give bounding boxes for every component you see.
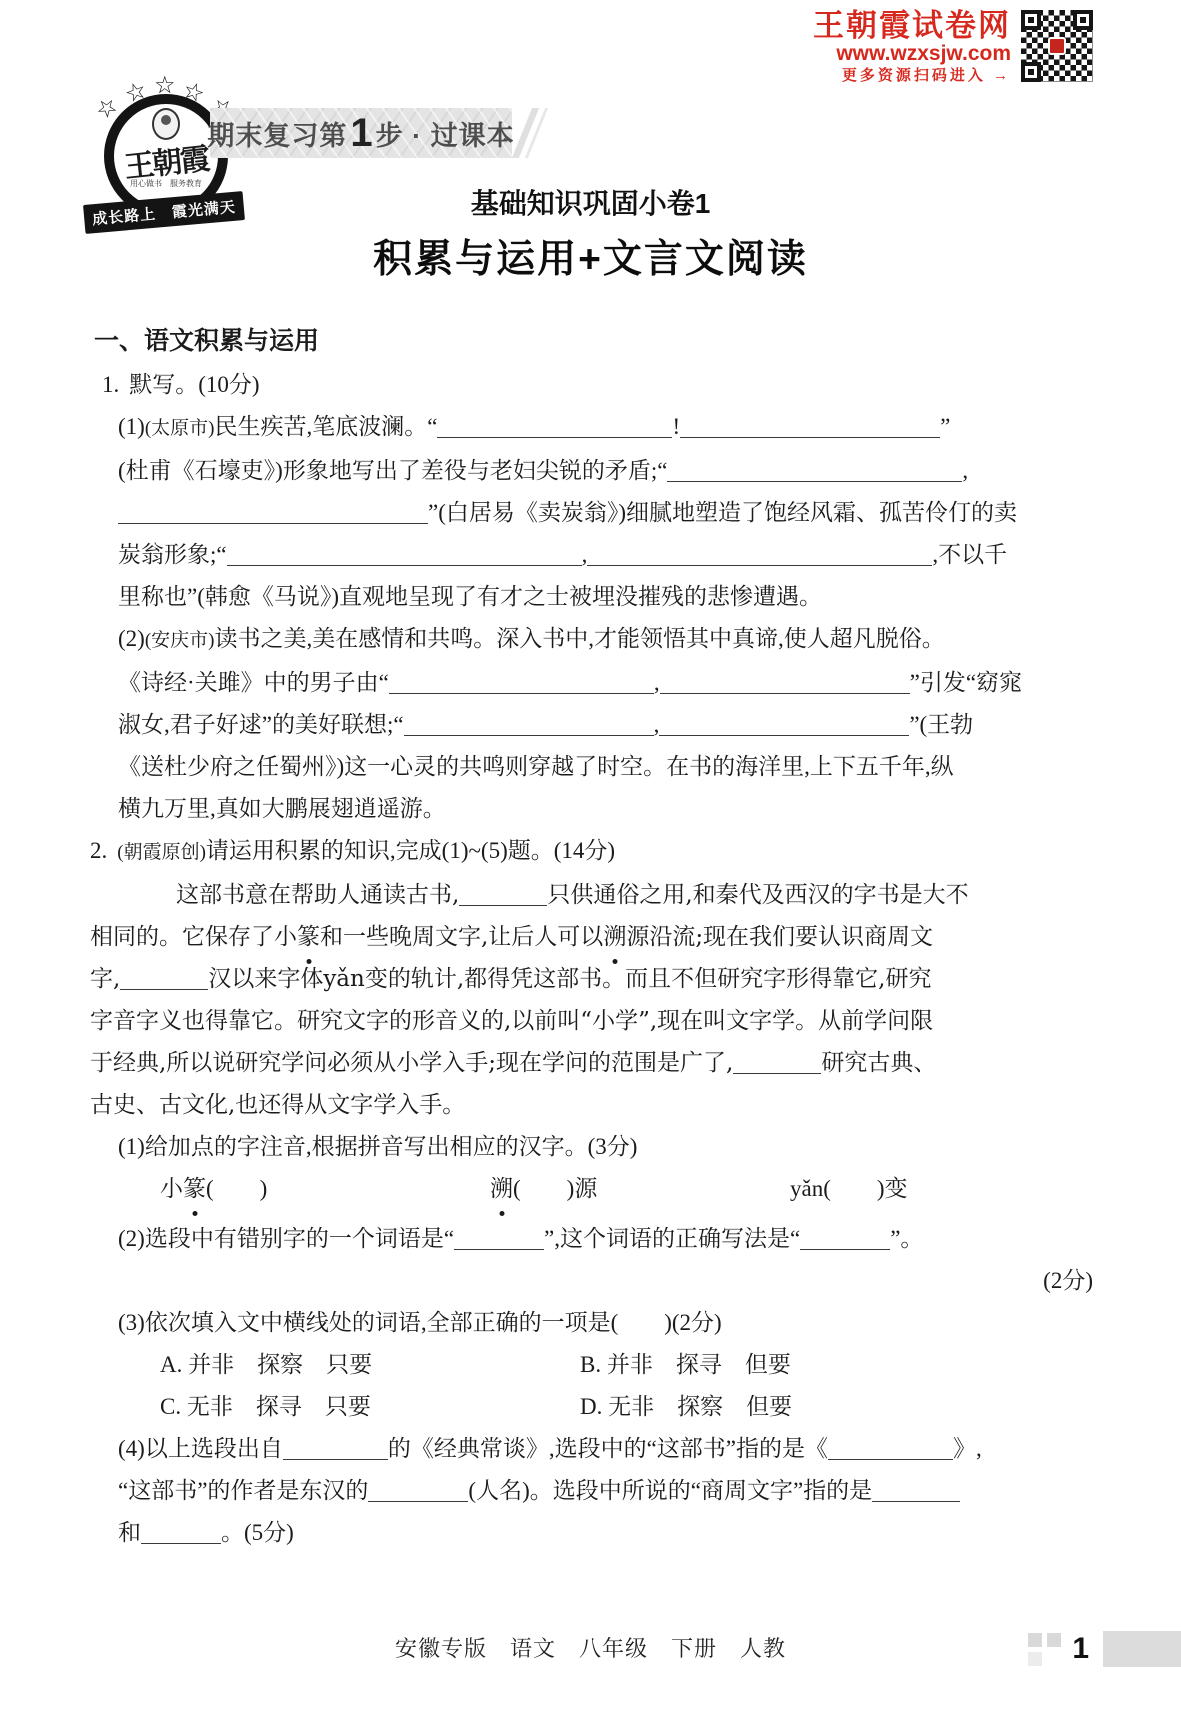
passage-line4: 字音字义也得靠它。研究文字的形音义的,以前叫“小学”,现在叫文字学。从前学问限 — [90, 1000, 1093, 1042]
emphasized-char: 篆 — [183, 1168, 206, 1210]
q1-item2-line2: 《诗经·关雎》中的男子由“,”引发“窈窕 — [118, 662, 1093, 704]
emphasized-char: 篆 — [297, 916, 320, 958]
text-segment: ”(白居易《卖炭翁》)细腻地塑造了饱经风霜、孤苦伶仃的卖 — [428, 500, 1017, 525]
item-label: (1) — [118, 414, 145, 439]
footer-squares-decoration — [1028, 1631, 1064, 1667]
fill-blank — [828, 1439, 953, 1460]
text-segment: 炭翁形象;“ — [118, 542, 227, 567]
q2-number: 2. — [90, 838, 107, 863]
text-segment: 和一些晚周文字,让后人可以 — [320, 924, 603, 950]
passage-line6: 古史、古文化,也还得从文字学入手。 — [90, 1084, 1093, 1126]
qr-finder-icon — [1021, 62, 1041, 82]
text-segment: 《诗经·关雎》中的男子由“ — [118, 670, 389, 695]
text-segment: (3)依次填入文中横线处的词语,全部正确的一项是( )(2分) — [118, 1310, 722, 1335]
text-segment: ” — [940, 414, 950, 439]
paper-body: 一、语文积累与运用 1.默写。(10分) (1)(太原市)民生疾苦,笔底波澜。“… — [90, 318, 1093, 1554]
fill-blank — [872, 1481, 960, 1502]
text-segment: ( )源 — [513, 1176, 597, 1201]
text-segment: (人名)。选段中所说的“商周文字”指的是 — [468, 1478, 872, 1503]
text-segment: (1)给加点的字注音,根据拼音写出相应的汉字。(3分) — [118, 1134, 637, 1159]
text-segment: ”,这个词语的正确写法是“ — [544, 1226, 800, 1251]
q1-item1-line2: (杜甫《石壕吏》)形象地写出了差役与老妇尖锐的矛盾;“, — [118, 450, 1093, 492]
fill-blank — [587, 545, 932, 566]
fill-blank — [283, 1439, 388, 1460]
text-segment: 民生疾苦,笔底波澜。“ — [214, 414, 437, 439]
text-segment: 相同的。它保存了小 — [90, 924, 297, 950]
text-segment: 源沿流;现在我们要认识商周文 — [626, 924, 933, 950]
page-number-block: 1 — [1028, 1630, 1181, 1668]
option-d: D. 无非 探察 但要 — [580, 1394, 792, 1419]
text-segment: yǎn — [790, 1176, 823, 1201]
banner-text-pre: 期末复习第 — [207, 114, 347, 153]
q1-item1-line3: ”(白居易《卖炭翁》)细腻地塑造了饱经风霜、孤苦伶仃的卖 — [118, 492, 1093, 534]
pinyin-word-group: 溯( )源 — [490, 1168, 790, 1210]
q1-item1-line1: (1)(太原市)民生疾苦,笔底波澜。“!” — [118, 406, 1093, 450]
banner-text-post: 步 · 过课本 — [376, 114, 515, 153]
q1-item2-line5: 横九万里,真如大鹏展翅逍遥游。 — [118, 788, 1093, 830]
pinyin-word-group: yǎn( )变 — [790, 1176, 908, 1201]
q1-stem: 1.默写。(10分) — [102, 364, 1093, 406]
q2-sub4-line3: 和。(5分) — [118, 1512, 1093, 1554]
text-segment: 读书之美,美在感情和共鸣。深入书中,才能领悟其中真谛,使人超凡脱俗。 — [214, 626, 944, 651]
passage-line3: 字,汉以来字体yǎn变的轨计,都得凭这部书。而且不但研究字形得靠它,研究 — [90, 958, 1093, 1000]
text-segment: 请运用积累的知识,完成(1)~(5)题。(14分) — [206, 838, 615, 863]
source-city: (安庆市) — [145, 630, 215, 651]
q2-sub1-stem: (1)给加点的字注音,根据拼音写出相应的汉字。(3分) — [118, 1126, 1093, 1168]
text-segment: ( )变 — [823, 1176, 907, 1201]
emphasized-char: 溯 — [603, 916, 626, 958]
text-segment: 和 — [118, 1520, 141, 1545]
text-segment: 古史、古文化,也还得从文字学入手。 — [90, 1092, 465, 1118]
qr-finder-icon — [1021, 10, 1041, 30]
text-segment: 里称也”(韩愈《马说》)直观地呈现了有才之士被埋没摧残的悲惨遭遇。 — [118, 584, 822, 609]
passage-line2: 相同的。它保存了小篆和一些晚周文字,让后人可以溯源沿流;现在我们要认识商周文 — [90, 916, 1093, 958]
fill-blank — [389, 673, 654, 694]
text-segment: , — [962, 458, 968, 483]
q2-sub1-words: 小篆( )溯( )源yǎn( )变 — [160, 1168, 1093, 1210]
paper-title: 积累与运用+文言文阅读 — [0, 228, 1181, 284]
text-segment: ”引发“窈窕 — [910, 670, 1022, 695]
qr-finder-icon — [1073, 10, 1093, 30]
text-segment: 》, — [953, 1436, 982, 1461]
text-segment: ”。 — [890, 1226, 923, 1251]
fill-blank — [141, 1523, 221, 1544]
text-segment: (杜甫《石壕吏》)形象地写出了差役与老妇尖锐的矛盾;“ — [118, 458, 667, 483]
q1-number: 1. — [102, 372, 119, 397]
q1-item2-line3: 淑女,君子好逑”的美好联想;“,”(王勃 — [118, 704, 1093, 746]
fill-blank — [680, 417, 940, 438]
q1-item1-line5: 里称也”(韩愈《马说》)直观地呈现了有才之士被埋没摧残的悲惨遭遇。 — [118, 576, 1093, 618]
q1-item2-line4: 《送杜少府之任蜀州》)这一心灵的共鸣则穿越了时空。在书的海洋里,上下五千年,纵 — [118, 746, 1093, 788]
section-heading: 一、语文积累与运用 — [94, 318, 1093, 364]
fill-blank — [800, 1229, 890, 1250]
text-segment: 汉以来字体yǎn变的轨计,都得凭这部书。而且不但研究字形得靠它,研究 — [208, 966, 931, 992]
brand-qr-tagline: 更多资源扫码进入 → — [813, 66, 1011, 86]
text-segment: 只供通俗之用,和秦代及西汉的字书是大不 — [547, 882, 968, 908]
text-segment: 横九万里,真如大鹏展翅逍遥游。 — [118, 796, 446, 821]
portrait-icon — [152, 108, 180, 140]
q1-item1-line4: 炭翁形象;“,,不以千 — [118, 534, 1093, 576]
q2-sub3-stem: (3)依次填入文中横线处的词语,全部正确的一项是( )(2分) — [118, 1302, 1093, 1344]
score-label: (2分) — [1043, 1268, 1093, 1293]
text-segment: 字音字义也得靠它。研究文字的形音义的,以前叫“小学”,现在叫文字学。从前学问限 — [90, 1008, 933, 1034]
passage-line1: 这部书意在帮助人通读古书,只供通俗之用,和秦代及西汉的字书是大不 — [90, 874, 1093, 916]
text-segment: (4)以上选段出自 — [118, 1436, 283, 1461]
fill-blank — [660, 673, 910, 694]
q2-sub4-line2: “这部书”的作者是东汉的(人名)。选段中所说的“商周文字”指的是 — [118, 1470, 1093, 1512]
footer-gray-bar — [1103, 1631, 1181, 1667]
original-tag: (朝霞原创) — [117, 842, 206, 863]
brand-site-name: 王朝霞试卷网 — [813, 10, 1011, 42]
page-number: 1 — [1072, 1632, 1089, 1666]
q2-sub4-line1: (4)以上选段出自的《经典常谈》,选段中的“这部书”指的是《》, — [118, 1428, 1093, 1470]
fill-blank — [120, 969, 208, 990]
fill-blank — [459, 885, 547, 906]
fill-blank — [404, 715, 654, 736]
emphasized-char: 溯 — [490, 1168, 513, 1210]
text-segment: “这部书”的作者是东汉的 — [118, 1478, 368, 1503]
text-segment: 。(5分) — [221, 1520, 294, 1545]
pinyin-word-group: 小篆( ) — [160, 1168, 490, 1210]
text-segment: 这部书意在帮助人通读古书, — [176, 882, 459, 908]
passage-line5: 于经典,所以说研究学问必须从小学入手;现在学问的范围是广了,研究古典、 — [90, 1042, 1093, 1084]
fill-blank — [659, 715, 909, 736]
exam-paper-page: 王朝霞试卷网 www.wzxsjw.com 更多资源扫码进入 → ☆ ☆ ☆ ☆… — [0, 0, 1181, 1730]
text-segment: 淑女,君子好逑”的美好联想;“ — [118, 712, 404, 737]
text-segment: 默写。(10分) — [129, 372, 259, 397]
source-city: (太原市) — [145, 418, 215, 439]
text-segment: ”(王勃 — [909, 712, 973, 737]
option-b: B. 并非 探寻 但要 — [580, 1352, 791, 1377]
text-segment: ( ) — [206, 1176, 267, 1201]
fill-blank — [227, 545, 582, 566]
text-segment: 《送杜少府之任蜀州》)这一心灵的共鸣则穿越了时空。在书的海洋里,上下五千年,纵 — [118, 754, 954, 779]
q1-item2-line1: (2)(安庆市)读书之美,美在感情和共鸣。深入书中,才能领悟其中真谛,使人超凡脱… — [118, 618, 1093, 662]
fill-blank — [454, 1229, 544, 1250]
fill-blank — [118, 503, 428, 524]
option-a: A. 并非 探察 只要 — [160, 1344, 580, 1386]
fill-blank — [667, 461, 962, 482]
q2-sub2-score: (2分) — [90, 1260, 1093, 1302]
text-segment: (2)选段中有错别字的一个词语是“ — [118, 1226, 454, 1251]
brand-text: 王朝霞试卷网 www.wzxsjw.com 更多资源扫码进入 → — [813, 10, 1011, 86]
text-segment: 字, — [90, 966, 120, 992]
text-segment: 的《经典常谈》,选段中的“这部书”指的是《 — [388, 1436, 828, 1461]
q2-sub3-options-row2: C. 无非 探寻 只要D. 无非 探察 但要 — [160, 1386, 1093, 1428]
fill-blank — [733, 1053, 821, 1074]
fill-blank — [368, 1481, 468, 1502]
q2-stem: 2.(朝霞原创)请运用积累的知识,完成(1)~(5)题。(14分) — [90, 830, 1093, 874]
fill-blank — [437, 417, 672, 438]
q2-sub3-options-row1: A. 并非 探察 只要B. 并非 探寻 但要 — [160, 1344, 1093, 1386]
text-segment: 于经典,所以说研究学问必须从小学入手;现在学问的范围是广了, — [90, 1050, 733, 1076]
paper-subtitle: 基础知识巩固小卷1 — [0, 182, 1181, 222]
text-segment: ! — [672, 414, 680, 439]
brand-block: 王朝霞试卷网 www.wzxsjw.com 更多资源扫码进入 → — [813, 10, 1093, 86]
brand-site-url: www.wzxsjw.com — [813, 42, 1011, 66]
chapter-banner: 期末复习第 1 步 · 过课本 — [210, 108, 512, 158]
text-segment: 研究古典、 — [821, 1050, 936, 1076]
text-segment: 小 — [160, 1176, 183, 1201]
qr-code — [1021, 10, 1093, 82]
qr-center-emblem — [1048, 37, 1066, 55]
footer-edition-info: 安徽专版 语文 八年级 下册 人教 — [0, 1632, 1181, 1663]
text-segment: ,不以千 — [932, 542, 1007, 567]
option-c: C. 无非 探寻 只要 — [160, 1386, 580, 1428]
item-label: (2) — [118, 626, 145, 651]
banner-step-number: 1 — [350, 111, 372, 156]
q2-sub2-line: (2)选段中有错别字的一个词语是“”,这个词语的正确写法是“”。 — [118, 1218, 1093, 1260]
